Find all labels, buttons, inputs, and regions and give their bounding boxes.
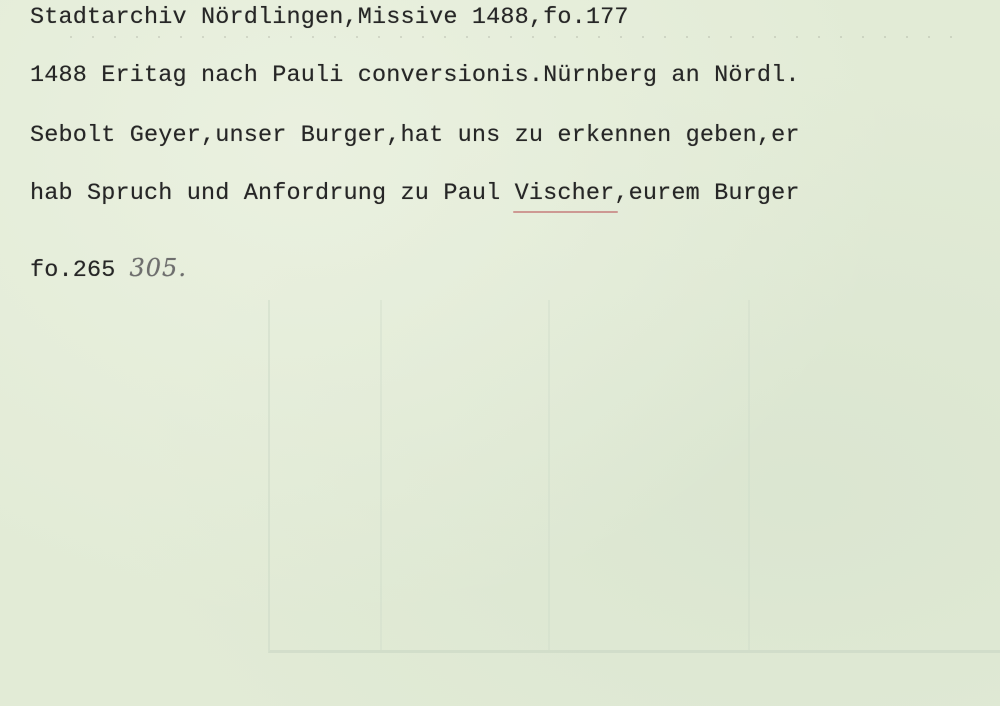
text-segment: ,eurem Burger: [614, 180, 799, 207]
underlined-name: Vischer: [515, 182, 615, 206]
index-card: Stadtarchiv Nördlingen,Missive 1488,fo.1…: [0, 0, 1000, 706]
text-line-content: hab Spruch und Anfordrung zu Paul Vische…: [30, 182, 800, 206]
text-line-content: Sebolt Geyer,unser Burger,hat uns zu erk…: [30, 124, 800, 148]
archive-reference-header: Stadtarchiv Nördlingen,Missive 1488,fo.1…: [30, 6, 629, 30]
text-segment: hab Spruch und Anfordrung zu Paul: [30, 180, 515, 207]
dotted-rule: [60, 36, 960, 38]
folio-reference: fo.265305.: [30, 256, 187, 283]
show-through-rectangle: [268, 300, 1000, 653]
handwritten-folio-note: 305.: [130, 254, 187, 282]
show-through-line: [748, 300, 750, 650]
typed-folio: fo.265: [30, 257, 116, 284]
show-through-line: [380, 300, 382, 650]
text-line-date: 1488 Eritag nach Pauli conversionis.Nürn…: [30, 64, 800, 88]
show-through-line: [548, 300, 550, 650]
